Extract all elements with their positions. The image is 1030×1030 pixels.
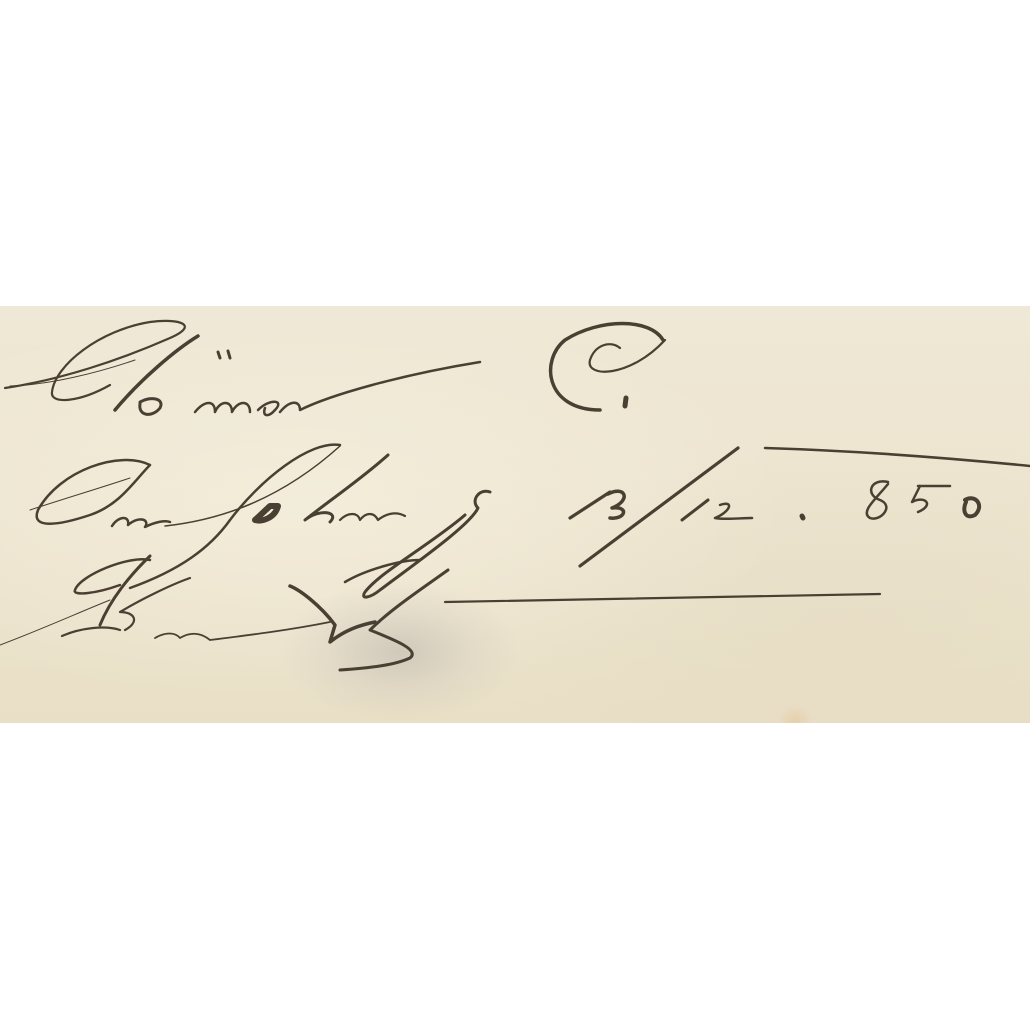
- handwriting-line-3: [0, 556, 880, 670]
- handwriting-line-2: [30, 445, 1030, 598]
- handwriting-line-1: [5, 321, 665, 415]
- document-canvas: Römer C. Oedenburg 13/12 . 850 Brandt: [0, 0, 1030, 1030]
- handwriting-ink: [0, 0, 1030, 1030]
